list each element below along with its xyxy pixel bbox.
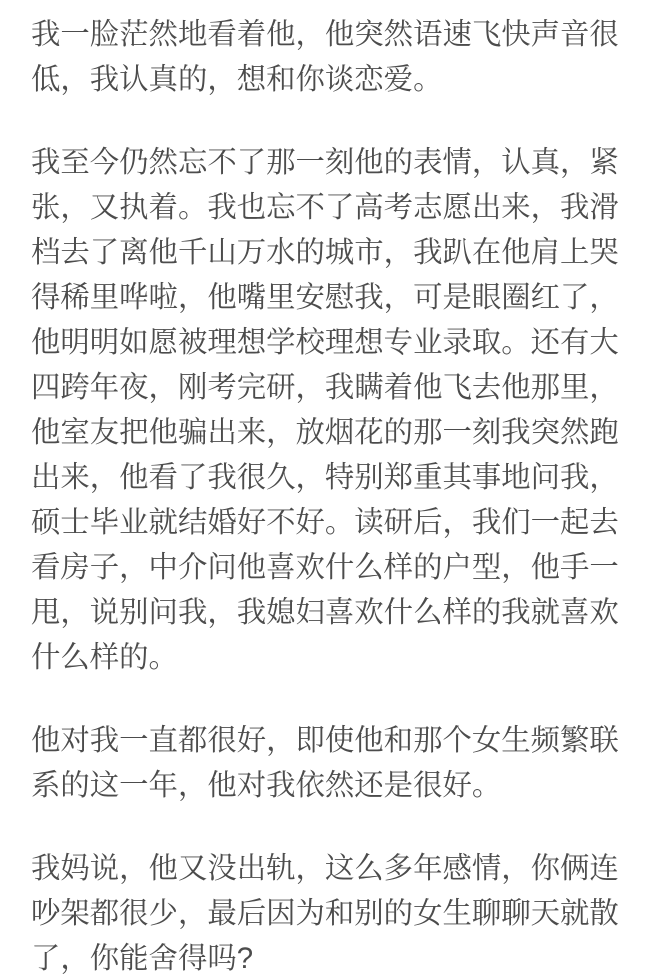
text-line: 看房子，中介问他喜欢什么样的户型，他手一	[31, 545, 622, 590]
text-line: 四跨年夜，刚考完研，我瞒着他飞去他那里，	[31, 365, 622, 410]
text-line: 他明明如愿被理想学校理想专业录取。还有大	[31, 320, 622, 365]
text-line: 我一脸茫然地看着他，他突然语速飞快声音很	[31, 12, 622, 57]
text-line: 得稀里哗啦，他嘴里安慰我，可是眼圈红了，	[31, 275, 622, 320]
text-line: 硕士毕业就结婚好不好。读研后，我们一起去	[31, 500, 622, 545]
paragraph: 他对我一直都很好，即使他和那个女生频繁联 系的这一年，他对我依然还是很好。	[31, 718, 622, 808]
text-document-page: 我一脸茫然地看着他，他突然语速飞快声音很 低，我认真的，想和你谈恋爱。 我至今仍…	[0, 0, 650, 980]
paragraph: 我妈说，他又没出轨，这么多年感情，你俩连 吵架都很少，最后因为和别的女生聊聊天就…	[31, 846, 622, 980]
text-line: 我妈说，他又没出轨，这么多年感情，你俩连	[31, 846, 622, 891]
text-line: 甩，说别问我，我媳妇喜欢什么样的我就喜欢	[31, 590, 622, 635]
text-line: 什么样的。	[31, 635, 622, 680]
text-line: 他室友把他骗出来，放烟花的那一刻我突然跑	[31, 410, 622, 455]
text-line: 了，你能舍得吗?	[31, 936, 622, 980]
text-line: 他对我一直都很好，即使他和那个女生频繁联	[31, 718, 622, 763]
text-line: 出来，他看了我很久，特别郑重其事地问我，	[31, 455, 622, 500]
paragraph: 我至今仍然忘不了那一刻他的表情，认真，紧 张，又执着。我也忘不了高考志愿出来，我…	[31, 140, 622, 680]
text-line: 张，又执着。我也忘不了高考志愿出来，我滑	[31, 185, 622, 230]
text-line: 档去了离他千山万水的城市，我趴在他肩上哭	[31, 230, 622, 275]
text-line: 吵架都很少，最后因为和别的女生聊聊天就散	[31, 891, 622, 936]
text-line: 我至今仍然忘不了那一刻他的表情，认真，紧	[31, 140, 622, 185]
text-line: 系的这一年，他对我依然还是很好。	[31, 763, 622, 808]
text-line: 低，我认真的，想和你谈恋爱。	[31, 57, 622, 102]
paragraph: 我一脸茫然地看着他，他突然语速飞快声音很 低，我认真的，想和你谈恋爱。	[31, 12, 622, 102]
